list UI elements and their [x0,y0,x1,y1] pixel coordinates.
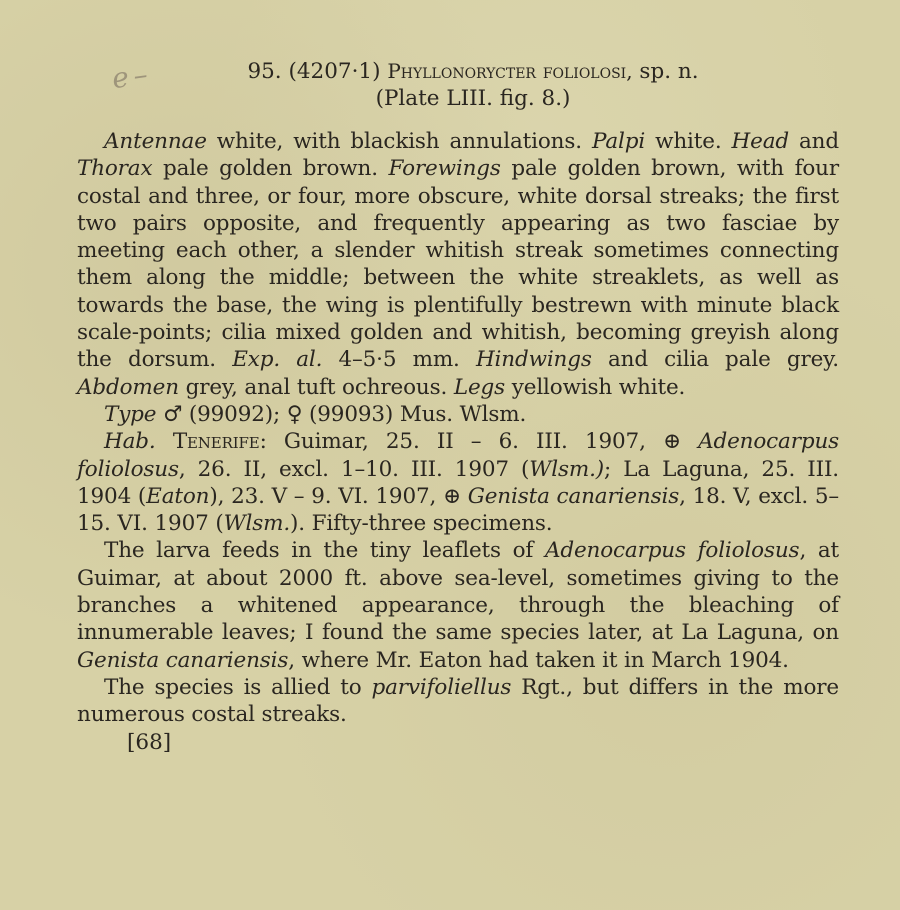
forewings-text: pale golden brown, with four costal and … [77,156,839,372]
female-symbol-icon: ♀ [287,402,303,427]
habitat-part6: ). Fifty-three specimens. [290,511,552,536]
collector-wlsm: Wlsm. [224,511,290,536]
genus-name: Phyllonorycter [387,59,536,83]
type-paragraph: Type ♂ (99092); ♀ (99093) Mus. Wlsm. [77,401,839,428]
page-number: [68] [77,729,839,756]
hindwings-text: and cilia pale grey. [592,347,839,372]
larva-text3: , where Mr. Eaton had taken it in March … [288,648,789,673]
term-exp-al: Exp. al. [232,347,322,372]
term-hab: Hab. [104,429,156,454]
female-type-id: (99093) Mus. Wlsm. [302,402,526,427]
body-text: Antennae white, with blackish annulation… [77,128,839,729]
affinity-paragraph: The species is allied to parvifoliellus … [77,674,839,729]
locality-tenerife: Tenerife [173,429,260,454]
habitat-part4: ), 23. V – 9. VI. 1907, [209,484,443,509]
head-and: and [789,129,839,154]
affinity-text1: The species is allied to [104,675,371,700]
term-abdomen: Abdomen [77,375,179,400]
term-legs: Legs [454,375,505,400]
antennae-text: white, with blackish annulations. [207,129,592,154]
thorax-text: pale golden brown. [152,156,388,181]
host-plant-genista: Genista canariensis [468,484,679,509]
larva-host-genista: Genista canariensis [77,648,288,673]
larva-host-adenocarpus: Adenocarpus foliolosus [545,538,799,563]
species-number: 95. [247,59,281,84]
male-type-id: (99092); [182,402,287,427]
habitat-part1: : Guimar, 25. II – 6. III. 1907, [260,429,663,454]
term-hindwings: Hindwings [476,347,592,372]
species-name: foliolosi, [543,59,633,83]
host-plant-symbol-icon: ⊕ [663,429,681,454]
term-antennae: Antennae [104,129,207,154]
exp-value: 4–5·5 mm. [322,347,476,372]
host-plant-symbol-icon: ⊕ [443,484,461,509]
species-status: sp. n. [639,59,698,84]
document-page: 95. (4207·1) Phyllonorycter foliolosi, s… [77,58,839,756]
legs-text: yellowish white. [505,375,685,400]
species-heading: 95. (4207·1) Phyllonorycter foliolosi, s… [77,58,839,112]
habitat-paragraph: Hab. Tenerife: Guimar, 25. II – 6. III. … [77,428,839,537]
term-palpi: Palpi [592,129,645,154]
larva-text1: The larva feeds in the tiny leaflets of [104,538,545,563]
palpi-text: white. [645,129,731,154]
description-paragraph: Antennae white, with blackish annulation… [77,128,839,401]
term-head: Head [732,129,789,154]
term-forewings: Forewings [389,156,501,181]
male-symbol-icon: ♂ [163,402,182,427]
species-code: (4207·1) [288,59,380,84]
habitat-part2: , 26. II, excl. 1–10. III. 1907 ( [179,457,529,482]
larva-paragraph: The larva feeds in the tiny leaflets of … [77,537,839,673]
abdomen-text: grey, anal tuft ochreous. [179,375,454,400]
collector-wlsm: Wlsm.) [529,457,604,482]
plate-reference: (Plate LIII. fig. 8.) [107,85,839,112]
term-thorax: Thorax [77,156,152,181]
collector-eaton: Eaton [146,484,209,509]
term-type: Type [104,402,156,427]
allied-species: parvifoliellus [371,675,511,700]
